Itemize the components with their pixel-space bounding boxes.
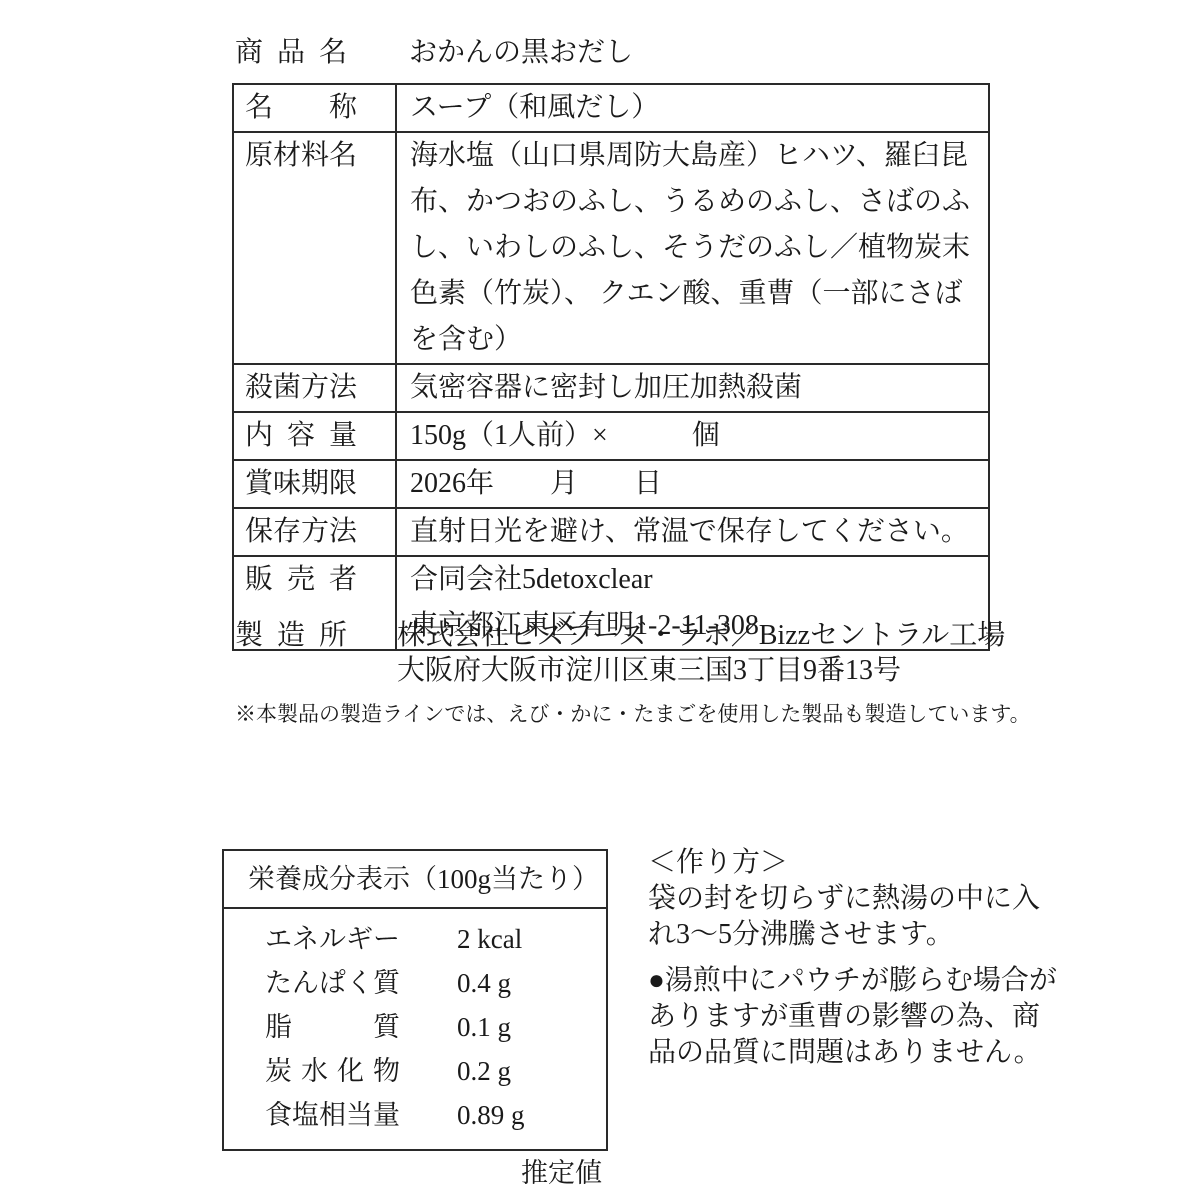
nutrition-label-energy: エネルギー [265, 917, 400, 961]
spec-table: 名称 スープ（和風だし） 原材料名 海水塩（山口県周防大島産）ヒハツ、羅臼昆布、… [232, 83, 990, 651]
spec-value-name: スープ（和風だし） [397, 85, 988, 131]
estimate-note: 推定値 [222, 1157, 608, 1189]
nutrition-row-protein: たんぱく質 0.4 g [224, 961, 606, 1005]
nutrition-row-salt: 食塩相当量 0.89 g [224, 1093, 606, 1137]
allergy-note: ※本製品の製造ラインでは、えび・かに・たまごを使用した製品も製造しています。 [235, 701, 1031, 727]
spec-label-sterilization: 殺菌方法 [245, 365, 357, 411]
nutrition-value-fat: 0.1 g [457, 1005, 511, 1049]
spec-row-contents: 内容量 150g（1人前）× 個 [234, 411, 988, 459]
spec-label-name: 名称 [245, 85, 357, 131]
spec-value-contents: 150g（1人前）× 個 [397, 413, 988, 459]
manufacturer-row: 製造所 株式会社ビズフーズ・ラボ／Bizzセントラル工場 大阪府大阪市淀川区東三… [235, 618, 1005, 688]
nutrition-section: 栄養成分表示（100g当たり） エネルギー 2 kcal たんぱく質 0.4 g… [222, 849, 608, 1189]
spec-value-best-before: 2026年 月 日 [397, 461, 988, 507]
product-name-value: おかんの黒おだし [409, 37, 633, 68]
spec-row-best-before: 賞味期限 2026年 月 日 [234, 459, 988, 507]
nutrition-value-energy: 2 kcal [457, 917, 522, 961]
spec-row-name: 名称 スープ（和風だし） [234, 85, 988, 131]
spec-value-storage: 直射日光を避け、常温で保存してください。 [397, 509, 988, 555]
spec-label-ingredients: 原材料名 [245, 133, 357, 179]
product-name-label: 商品名 [235, 36, 347, 70]
howto-caution: ●湯煎中にパウチが膨らむ場合がありますが重曹の影響の為、商品の品質に問題はありま… [648, 963, 1062, 1071]
nutrition-row-energy: エネルギー 2 kcal [224, 917, 606, 961]
nutrition-label-protein: たんぱく質 [265, 961, 400, 1005]
nutrition-value-carbs: 0.2 g [457, 1049, 511, 1093]
spec-value-ingredients: 海水塩（山口県周防大島産）ヒハツ、羅臼昆布、かつおのふし、うるめのふし、さばのふ… [397, 133, 988, 363]
nutrition-label-fat: 脂質 [265, 1005, 400, 1049]
seller-company: 合同会社5detoxclear [410, 557, 974, 603]
manufacturer-name: 株式会社ビズフーズ・ラボ／Bizzセントラル工場 [397, 618, 1005, 653]
spec-label-best-before: 賞味期限 [245, 461, 357, 507]
nutrition-table: 栄養成分表示（100g当たり） エネルギー 2 kcal たんぱく質 0.4 g… [222, 849, 608, 1151]
nutrition-rows: エネルギー 2 kcal たんぱく質 0.4 g 脂質 0.1 g 炭水化物 0… [224, 909, 606, 1149]
manufacturer-lines: 株式会社ビズフーズ・ラボ／Bizzセントラル工場 大阪府大阪市淀川区東三国3丁目… [397, 618, 1005, 688]
spec-label-contents: 内容量 [245, 413, 357, 459]
nutrition-label-carbs: 炭水化物 [265, 1049, 400, 1093]
spec-value-sterilization: 気密容器に密封し加圧加熱殺菌 [397, 365, 988, 411]
howto-body: 袋の封を切らずに熱湯の中に入れ3〜5分沸騰させます。 [648, 881, 1062, 953]
howto-title: ＜作り方＞ [648, 845, 1062, 881]
howto-section: ＜作り方＞ 袋の封を切らずに熱湯の中に入れ3〜5分沸騰させます。 ●湯煎中にパウ… [648, 845, 1062, 1071]
manufacturer-label: 製造所 [235, 618, 347, 688]
nutrition-row-carbs: 炭水化物 0.2 g [224, 1049, 606, 1093]
product-label-page: 商品名おかんの黒おだし 名称 スープ（和風だし） 原材料名 海水塩（山口県周防大… [0, 0, 1200, 1200]
spec-label-storage: 保存方法 [245, 509, 357, 555]
nutrition-label-salt: 食塩相当量 [265, 1093, 400, 1137]
spec-row-sterilization: 殺菌方法 気密容器に密封し加圧加熱殺菌 [234, 363, 988, 411]
nutrition-value-protein: 0.4 g [457, 961, 511, 1005]
product-name-row: 商品名おかんの黒おだし [235, 36, 633, 70]
spec-row-ingredients: 原材料名 海水塩（山口県周防大島産）ヒハツ、羅臼昆布、かつおのふし、うるめのふし… [234, 131, 988, 363]
nutrition-value-salt: 0.89 g [457, 1093, 525, 1137]
manufacturer-address: 大阪府大阪市淀川区東三国3丁目9番13号 [397, 653, 1005, 688]
nutrition-title: 栄養成分表示（100g当たり） [224, 851, 606, 909]
spec-label-seller: 販売者 [245, 557, 357, 603]
nutrition-row-fat: 脂質 0.1 g [224, 1005, 606, 1049]
spec-row-storage: 保存方法 直射日光を避け、常温で保存してください。 [234, 507, 988, 555]
